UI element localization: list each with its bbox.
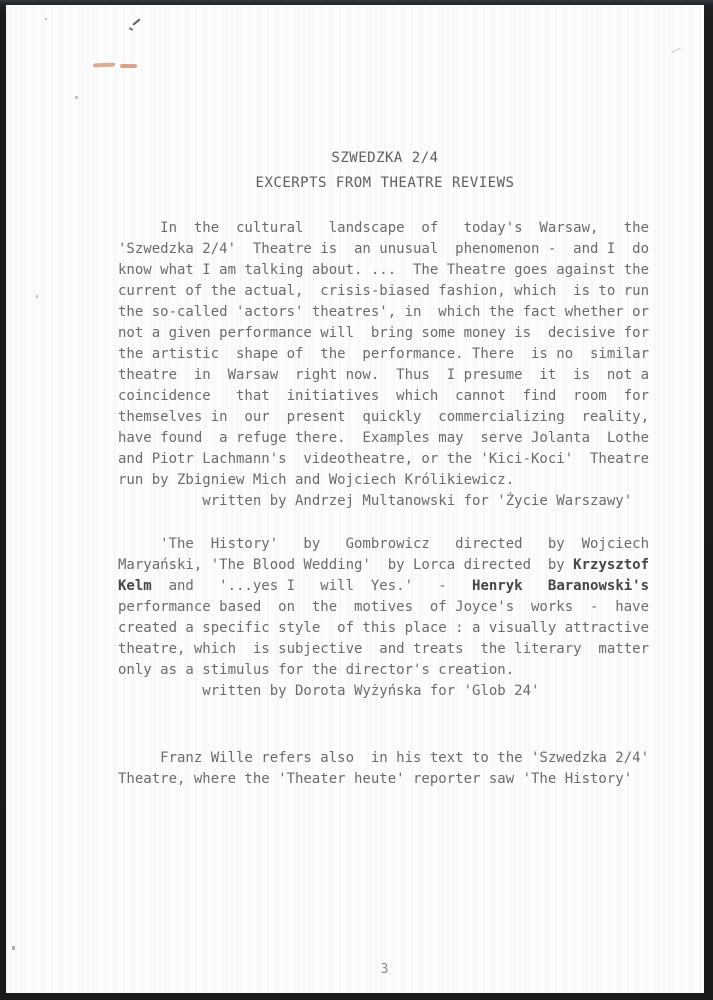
text-segment: the artistic shape of the performance. T… [118, 346, 649, 362]
text-segment: created a specific style of this place :… [118, 620, 649, 636]
text-line: created a specific style of this place :… [118, 618, 652, 639]
text-segment: coincidence that initiatives which canno… [118, 388, 649, 404]
text-segment: the so-called 'actors' theatres', in whi… [118, 304, 649, 320]
paragraph-review-1: In the cultural landscape of today's War… [118, 218, 652, 512]
text-segment: themselves in our present quickly commer… [118, 409, 649, 425]
text-line: Maryański, 'The Blood Wedding' by Lorca … [118, 555, 652, 576]
scan-speck [45, 18, 47, 20]
emphasized-text: Kelm [118, 578, 152, 594]
paragraph-review-3: Franz Wille refers also in his text to t… [118, 748, 652, 790]
text-segment: performance based on the motives of Joyc… [118, 599, 649, 615]
paper-sheet: SZWEDZKA 2/4 EXCERPTS FROM THEATRE REVIE… [6, 5, 704, 993]
text-line: current of the actual, crisis-biased fas… [118, 281, 652, 302]
document-subtitle: EXCERPTS FROM THEATRE REVIEWS [118, 171, 652, 196]
text-segment: In the cultural landscape of today's War… [118, 220, 649, 236]
text-segment: current of the actual, crisis-biased fas… [118, 283, 649, 299]
emphasized-text: Krzysztof [573, 557, 649, 573]
text-line: written by Andrzej Multanowski for 'Życi… [118, 491, 652, 512]
text-line: performance based on the motives of Joyc… [118, 597, 652, 618]
text-segment: Maryański, 'The Blood Wedding' by Lorca … [118, 557, 573, 573]
scan-speck [12, 946, 15, 950]
text-line: have found a refuge there. Examples may … [118, 428, 652, 449]
text-segment: know what I am talking about. ... The Th… [118, 262, 649, 278]
text-segment: 'The History' by Gombrowicz directed by … [118, 536, 649, 552]
text-line: Franz Wille refers also in his text to t… [118, 748, 652, 769]
text-segment: written by Dorota Wyżyńska for 'Glob 24' [118, 683, 539, 699]
text-segment: theatre, which is subjective and treats … [118, 641, 649, 657]
emphasized-text: Baranowski's [548, 578, 649, 594]
text-line: 'Szwedzka 2/4' Theatre is an unusual phe… [118, 239, 652, 260]
text-line: not a given performance will bring some … [118, 323, 652, 344]
text-segment: theatre in Warsaw right now. Thus I pres… [118, 367, 649, 383]
text-line: know what I am talking about. ... The Th… [118, 260, 652, 281]
red-smudge-mark [120, 64, 137, 68]
text-line: 'The History' by Gombrowicz directed by … [118, 534, 652, 555]
document-title: SZWEDZKA 2/4 [118, 146, 652, 171]
scan-speck [75, 96, 78, 99]
text-segment: and '...yes I will Yes.' - [152, 578, 472, 594]
paragraph-review-2: 'The History' by Gombrowicz directed by … [118, 534, 652, 702]
text-line: and Piotr Lachmann's videotheatre, or th… [118, 449, 652, 470]
red-smudge-mark [93, 63, 115, 68]
text-line: written by Dorota Wyżyńska for 'Glob 24' [118, 681, 652, 702]
text-segment: Franz Wille refers also in his text to t… [118, 750, 649, 766]
text-segment: Theatre, where the 'Theater heute' repor… [118, 771, 632, 787]
text-segment [523, 578, 548, 594]
text-segment: only as a stimulus for the director's cr… [118, 662, 514, 678]
text-line: run by Zbigniew Mich and Wojciech Królik… [118, 470, 652, 491]
text-line: theatre in Warsaw right now. Thus I pres… [118, 365, 652, 386]
text-segment: and Piotr Lachmann's videotheatre, or th… [118, 451, 649, 467]
document-header: SZWEDZKA 2/4 EXCERPTS FROM THEATRE REVIE… [118, 146, 652, 196]
text-line: In the cultural landscape of today's War… [118, 218, 652, 239]
document-content: SZWEDZKA 2/4 EXCERPTS FROM THEATRE REVIE… [118, 146, 652, 790]
text-line: coincidence that initiatives which canno… [118, 386, 652, 407]
text-segment: not a given performance will bring some … [118, 325, 649, 341]
text-line: theatre, which is subjective and treats … [118, 639, 652, 660]
scanned-page-background: SZWEDZKA 2/4 EXCERPTS FROM THEATRE REVIE… [0, 0, 713, 1000]
text-segment: 'Szwedzka 2/4' Theatre is an unusual phe… [118, 241, 649, 257]
text-line: themselves in our present quickly commer… [118, 407, 652, 428]
scan-speck [36, 295, 38, 298]
text-segment: run by Zbigniew Mich and Wojciech Królik… [118, 472, 514, 488]
text-line: Theatre, where the 'Theater heute' repor… [118, 769, 652, 790]
scan-speck [669, 42, 681, 53]
text-segment: have found a refuge there. Examples may … [118, 430, 649, 446]
document-body: In the cultural landscape of today's War… [118, 218, 652, 790]
pen-tick-mark [128, 21, 139, 32]
text-segment: written by Andrzej Multanowski for 'Życi… [118, 493, 632, 509]
page-number: 3 [118, 962, 652, 977]
text-line: Kelm and '...yes I will Yes.' - Henryk B… [118, 576, 652, 597]
emphasized-text: Henryk [472, 578, 523, 594]
text-line: only as a stimulus for the director's cr… [118, 660, 652, 681]
text-line: the so-called 'actors' theatres', in whi… [118, 302, 652, 323]
text-line: the artistic shape of the performance. T… [118, 344, 652, 365]
